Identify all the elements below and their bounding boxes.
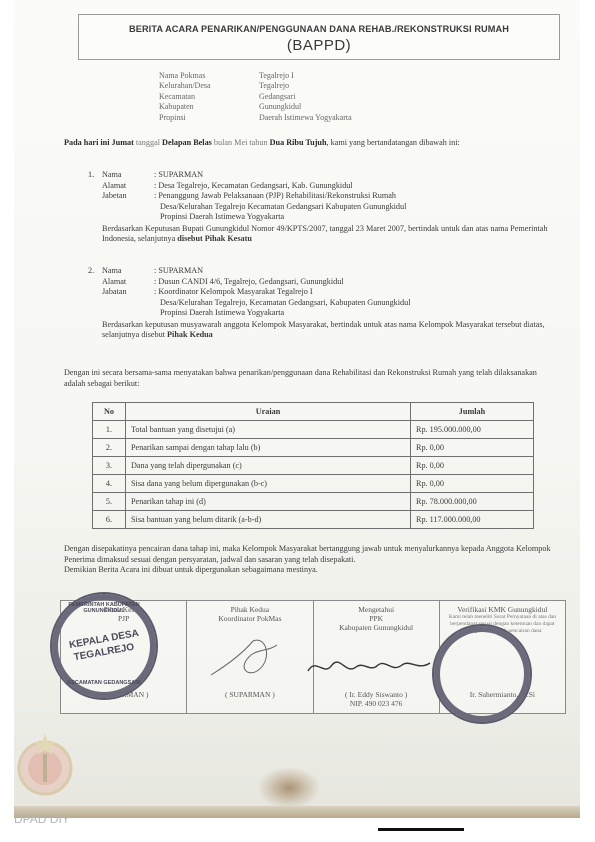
dpad-diy-label: DPAD DIY — [14, 812, 70, 826]
intro-paragraph: Pada hari ini Jumat tanggal Delapan Bela… — [64, 138, 554, 149]
party-two-basis: Berdasarkan keputusan musyawarah anggota… — [88, 320, 558, 341]
village-head-stamp: PEMERINTAH KABUPATEN GUNUNGKIDUL KEPALA … — [50, 592, 158, 700]
statement-paragraph: Dengan ini secara bersama-sama menyataka… — [64, 368, 554, 389]
info-row: Kelurahan/DesaTegalrejo — [159, 81, 352, 91]
closing-paragraph: Dengan disepakatinya pencairan dana taha… — [64, 544, 554, 576]
document-acronym: (BAPPD) — [79, 37, 559, 54]
party-one-basis: Berdasarkan Keputusan Bupati Gunungkidul… — [88, 224, 558, 245]
pokmas-info: Nama PokmasTegalrejo I Kelurahan/DesaTeg… — [159, 71, 352, 123]
document-title: BERITA ACARA PENARIKAN/PENGGUNAAN DANA R… — [79, 24, 559, 34]
table-row: 2.Penarikan sampai dengan tahap lalu (b)… — [93, 439, 534, 457]
kmk-verification-stamp — [432, 624, 532, 724]
title-box: BERITA ACARA PENARIKAN/PENGGUNAAN DANA R… — [78, 14, 560, 60]
info-row: KecamatanGedangsari — [159, 92, 352, 102]
signature-scribble — [306, 651, 436, 681]
table-row: 1.Total bantuan yang disetujui (a)Rp. 19… — [93, 421, 534, 439]
table-row: 6.Sisa bantuan yang belum ditarik (a-b-d… — [93, 511, 534, 529]
info-row: KabupatenGunungkidul — [159, 102, 352, 112]
table-row: 5.Penarikan tahap ini (d)Rp. 78.000.000,… — [93, 493, 534, 511]
signature-mengetahui: Mengetahui PPK Kabupaten Gunungkidul ( I… — [314, 601, 440, 713]
scrollbar-indicator[interactable] — [378, 828, 464, 831]
party-one: 1.Nama: SUPARMAN Alamat: Desa Tegalrejo,… — [88, 170, 558, 245]
paper-stain — [259, 768, 319, 808]
info-row: PropinsiDaerah Istimewa Yogyakarta — [159, 113, 352, 123]
document-photo: BERITA ACARA PENARIKAN/PENGGUNAAN DANA R… — [14, 0, 580, 818]
dpad-diy-logo-icon — [14, 728, 76, 808]
signature-pihak-kedua: Pihak Kedua Koordinator PokMas ( SUPARMA… — [187, 601, 313, 713]
disbursement-table: No Uraian Jumlah 1.Total bantuan yang di… — [92, 402, 534, 529]
table-row: 3.Dana yang telah dipergunakan (c)Rp. 0,… — [93, 457, 534, 475]
signature-scribble — [207, 631, 287, 681]
table-header-row: No Uraian Jumlah — [93, 403, 534, 421]
party-two: 2.Nama: SUPARMAN Alamat: Dusun CANDI 4/6… — [88, 266, 558, 341]
table-row: 4.Sisa dana yang belum dipergunakan (b-c… — [93, 475, 534, 493]
info-row: Nama PokmasTegalrejo I — [159, 71, 352, 81]
